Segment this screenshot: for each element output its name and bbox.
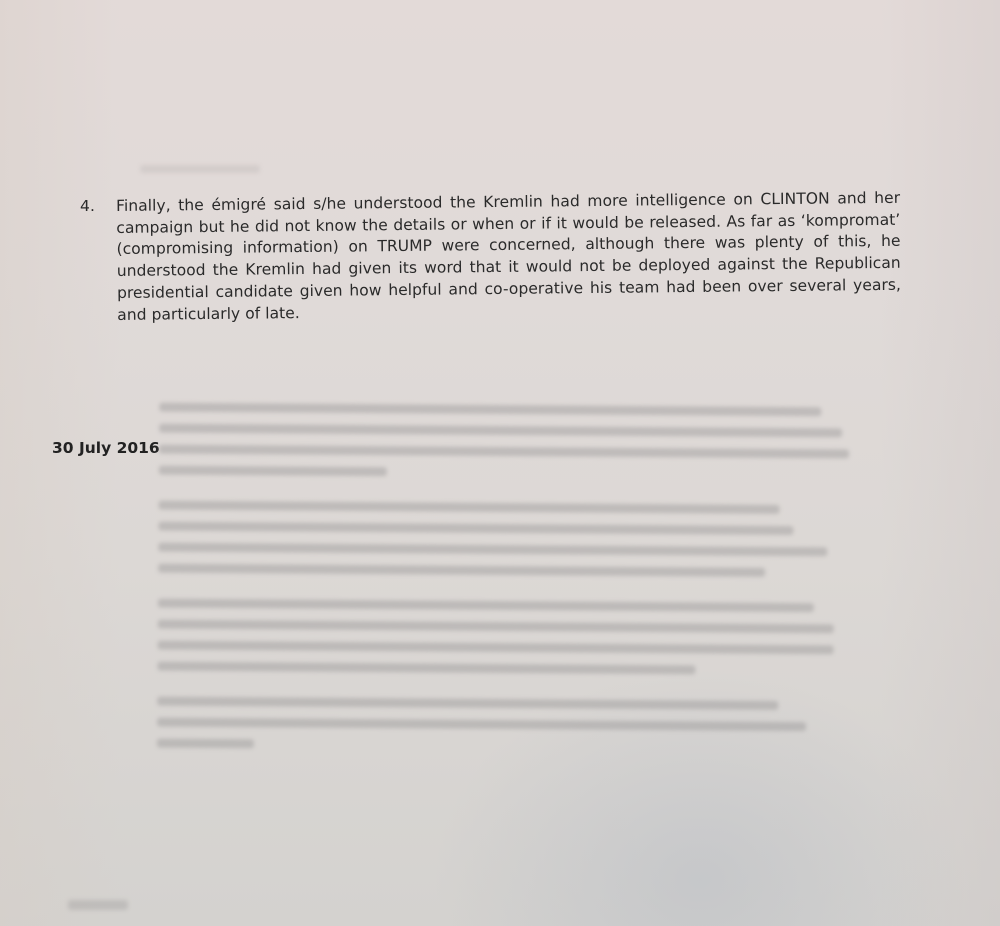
paragraph-number: 4. bbox=[80, 196, 116, 326]
document-date: 30 July 2016 bbox=[52, 439, 160, 457]
bleed-through-text bbox=[157, 403, 850, 779]
bleed-through-text bbox=[140, 165, 260, 173]
bleed-through-heading bbox=[68, 900, 128, 910]
paragraph-4: 4. Finally, the émigré said s/he underst… bbox=[80, 196, 900, 326]
document-page: 4. Finally, the émigré said s/he underst… bbox=[0, 0, 1000, 926]
paragraph-text: Finally, the émigré said s/he understood… bbox=[116, 188, 901, 326]
